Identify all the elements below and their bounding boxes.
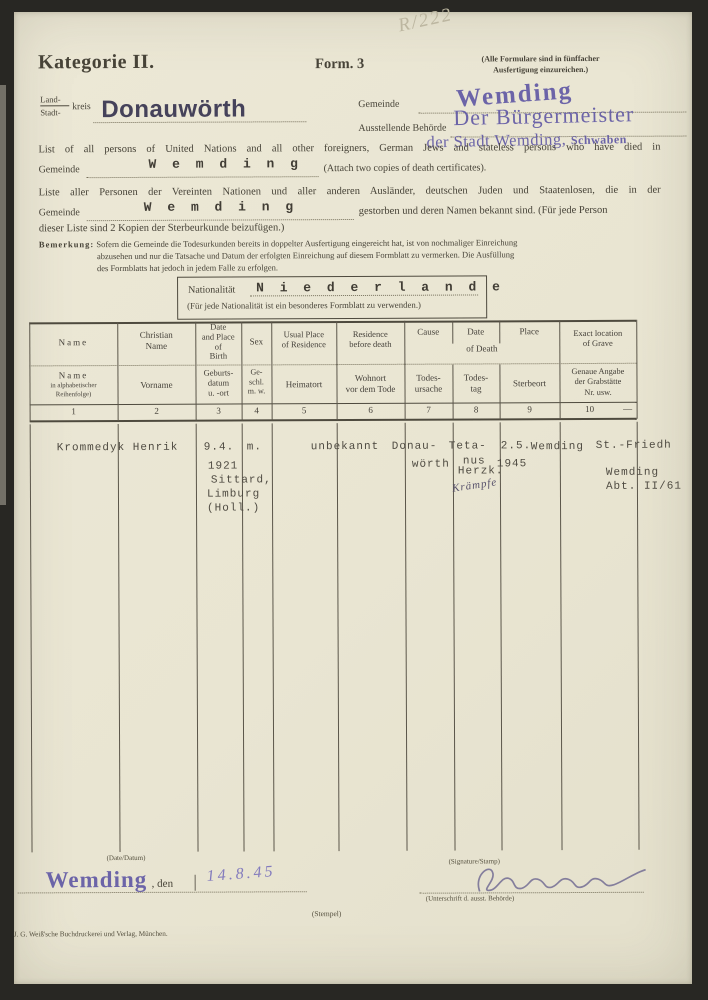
cell-cause-1: Teta- [449, 440, 487, 452]
remark-line1: Sofern die Gemeinde die Todesurkunden be… [96, 237, 517, 249]
date-datum-label: (Date/Datum) [107, 854, 146, 862]
table-header-bottom-rule [30, 418, 637, 423]
th-en-christian-name: Christian Name [117, 330, 195, 352]
cell-birth-year: 1921 [208, 461, 238, 473]
printer-imprint: J. G. Weiß'sche Buchdruckerei und Verlag… [14, 930, 168, 939]
table-top-rule [29, 320, 636, 324]
intro-de-gemeinde-typed: W e m d i n g [144, 199, 297, 215]
cell-cause-handwritten: Krämpfe [451, 476, 498, 494]
th-de-name-sub: in alphabetischer Reihenfolge) [29, 382, 117, 400]
cell-death-place: Wemding [531, 441, 584, 453]
col-number-5: 5 [272, 405, 337, 415]
intro-de-line1: Liste aller Personen der Vereinten Natio… [39, 185, 661, 199]
th-line: Geburts- [195, 367, 241, 377]
cell-birth-date: 9.4. [204, 442, 234, 454]
th-en-usual-residence: Usual Place of Residence [271, 329, 336, 350]
th-en-grave: Exact location of Grave [559, 328, 636, 349]
intro-en-dotted-line [87, 176, 319, 178]
th-de-wohnort: Wohnort vor dem Tode [336, 373, 404, 395]
col-number-9: 9 [500, 404, 560, 414]
land-stadt-divider [40, 105, 69, 106]
remark-label: Bemerkung: [39, 239, 94, 249]
table-body-vline [500, 422, 503, 850]
th-line: Todes- [452, 372, 499, 383]
col-number-8: 8 [453, 404, 500, 414]
cell-death-date: 2.5. [501, 440, 531, 452]
th-line: Reihenfolge) [30, 391, 118, 400]
th-line: Nr. usw. [560, 387, 637, 398]
intro-en-gemeinde-typed: W e m d i n g [149, 156, 302, 172]
th-line: Exact location [559, 328, 636, 339]
th-line: in alphabetischer [29, 382, 117, 391]
th-en-date: Date [452, 326, 499, 337]
table-body-vline [405, 423, 408, 851]
cell-grave-1: St.-Friedh [596, 440, 672, 452]
table-body-vline [196, 424, 199, 852]
gemeinde-label: Gemeinde [358, 99, 399, 110]
th-en-sex: Sex [241, 336, 271, 347]
pencil-archive-note: R/222 [396, 4, 455, 37]
cell-christian-name: Henrik [133, 442, 179, 454]
th-line: before death [336, 339, 404, 350]
th-de-todestag: Todes- tag [452, 372, 499, 394]
th-line: datum [195, 378, 241, 388]
th-en-residence-before-death: Residence before death [336, 329, 404, 350]
th-de-name: Name [29, 370, 117, 381]
th-en-cause: Cause [404, 327, 452, 338]
table-header-divider [29, 363, 636, 367]
th-line: Christian [117, 330, 195, 341]
den-tick-mark [195, 875, 196, 891]
th-line: of Grave [559, 338, 636, 349]
th-de-geburt: Geburts- datum u. -ort [195, 367, 241, 398]
cell-usual-residence: unbekannt [311, 441, 379, 453]
th-line: vor dem Tode [336, 384, 404, 395]
col-number-1: 1 [30, 406, 118, 416]
intro-en-line1: List of all persons of United Nations an… [38, 142, 660, 156]
table-body-vline [272, 423, 275, 851]
category-title: Kategorie II. [38, 51, 155, 75]
cell-residence-2: wörth [412, 459, 450, 471]
intro-de-line3: dieser Liste sind 2 Kopien der Sterbeurk… [39, 222, 285, 234]
col-number-10: 10 [560, 404, 620, 414]
th-line: m. w. [242, 387, 272, 397]
stadt-label: Stadt- [40, 107, 60, 117]
table-body-vline [560, 422, 563, 850]
cell-sex: m. [247, 441, 262, 453]
cell-birth-town: Sittard, [211, 474, 272, 486]
th-en-place: Place [499, 326, 559, 337]
th-line: Genaue Angabe [559, 367, 636, 378]
behoerde-stamp-line1: Der Bürgermeister [453, 101, 634, 131]
th-line: Wohnort [336, 373, 404, 384]
table-body-vline [337, 423, 340, 851]
th-en-birth: Date and Place of Birth [195, 322, 241, 361]
scanned-form-page: R/222 Kategorie II. Form. 3 (Alle Formul… [0, 0, 708, 1000]
table-body-vline [118, 424, 121, 852]
th-line: of Residence [271, 339, 336, 350]
remark-block: Bemerkung: Sofern die Gemeinde die Todes… [39, 237, 657, 275]
col-number-4: 4 [242, 405, 272, 415]
cell-death-year: 1945 [497, 458, 527, 470]
intro-de-dotted-line [87, 219, 354, 221]
unterschrift-label: (Unterschrift d. ausst. Behörde) [426, 894, 514, 902]
th-line: Residence [336, 329, 404, 340]
th-en-name: Name [29, 337, 117, 348]
th-de-todesursache: Todes- ursache [404, 373, 452, 395]
cell-residence-1: Donau- [392, 441, 438, 453]
th-line: Todes- [404, 373, 452, 384]
intro-de-gemeinde-label: Gemeinde [39, 207, 80, 218]
col-number-3: 3 [196, 405, 242, 415]
cell-grave-2: Wemding [606, 467, 659, 479]
remark-line3: des Formblatts hat jedoch in jedem Falle… [39, 260, 657, 275]
nationality-box: Nationalität N i e d e r l a n d e (Für … [177, 275, 487, 319]
attach-note: (Attach two copies of death certificates… [324, 162, 487, 174]
kreis-stamp: Donauwörth [101, 95, 246, 124]
intro-en-gemeinde-label: Gemeinde [39, 164, 80, 175]
th-de-heimatort: Heimatort [271, 379, 336, 390]
th-de-vorname: Vorname [117, 380, 195, 391]
col-number-6: 6 [337, 405, 405, 415]
land-label: Land- [40, 94, 60, 104]
th-line: ursache [404, 384, 452, 395]
stempel-label: (Stempel) [312, 909, 342, 918]
cell-birth-province: Limburg [207, 488, 260, 500]
th-line: Name [117, 341, 195, 352]
intro-de-line2: gestorben und deren Namen bekannt sind. … [359, 205, 608, 217]
th-line: Usual Place [271, 329, 336, 340]
form-number: Form. 3 [315, 56, 364, 73]
col-number-7: 7 [405, 405, 453, 415]
nationality-note: (Für jede Nationalität ist ein besondere… [187, 300, 421, 311]
col-number-2: 2 [118, 406, 196, 416]
cell-name: Krommedyk [57, 442, 125, 454]
th-en-of-death-span: of Death [404, 343, 559, 355]
den-label: , den [152, 878, 173, 890]
th-line: Birth [195, 352, 241, 362]
th-line: u. -ort [196, 388, 242, 398]
footer-place-stamp: Wemding [46, 867, 148, 893]
cell-grave-3: Abt. II/61 [606, 481, 682, 493]
kreis-label: kreis [72, 102, 91, 112]
th-line: tag [452, 383, 499, 394]
th-de-geschlecht: Ge- schl. m. w. [241, 367, 271, 396]
table-body-vline [30, 424, 33, 852]
th-line: der Grabstätte [559, 377, 636, 388]
nationality-label: Nationalität [188, 285, 235, 296]
nationality-typed-value: N i e d e r l a n d e [256, 279, 504, 295]
handwritten-date: 14.8.45 [206, 863, 276, 886]
th-de-grabstaette: Genaue Angabe der Grabstätte Nr. usw. [559, 367, 636, 398]
th-de-sterbeort: Sterbeort [499, 378, 559, 389]
copies-instruction: (Alle Formulare sind in fünffacher Ausfe… [453, 54, 628, 76]
th-line: Ge- [241, 367, 271, 377]
copies-instruction-line2: Ausfertigung einzureichen.) [453, 65, 628, 77]
copies-instruction-line1: (Alle Formulare sind in fünffacher [453, 54, 628, 66]
col-number-dash: — [618, 404, 638, 414]
th-line: schl. [241, 377, 271, 387]
cell-birth-country: (Holl.) [207, 502, 260, 514]
